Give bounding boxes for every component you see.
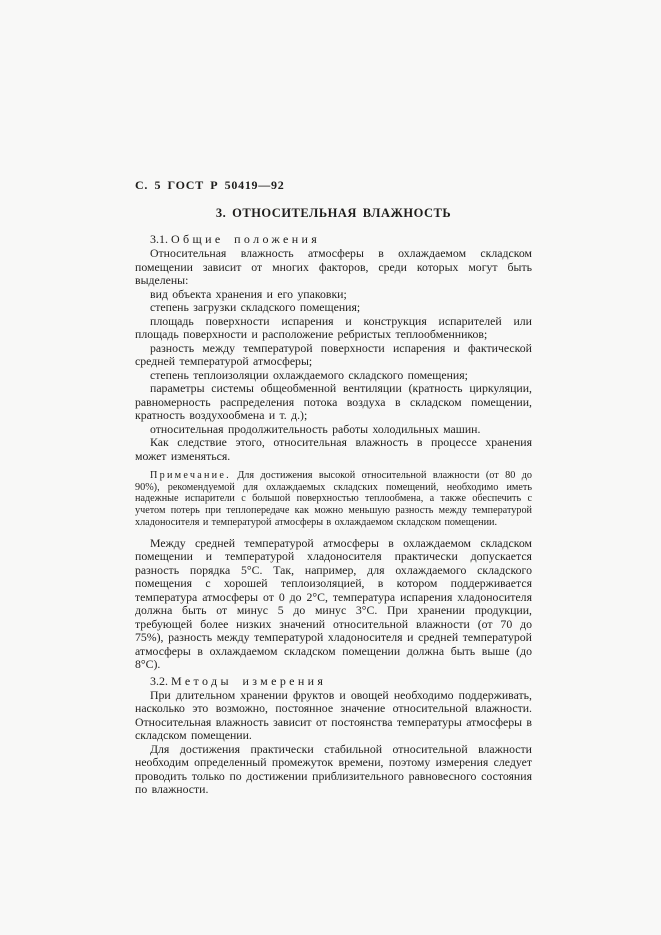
list-item: площадь поверхности испарения и конструк… [135, 315, 532, 342]
subsection-title: Общие положения [171, 232, 320, 246]
list-item: степень теплоизоляции охлаждаемого склад… [135, 369, 532, 383]
paragraph-intro: Относительная влажность атмосферы в охла… [135, 247, 532, 288]
note-block: Примечание. Для достижения высокой относ… [135, 470, 532, 529]
paragraph-storage: При длительном хранении фруктов и овощей… [135, 689, 532, 743]
section-title: 3. ОТНОСИТЕЛЬНАЯ ВЛАЖНОСТЬ [135, 206, 532, 221]
text-block: С. 5 ГОСТ Р 50419—92 3. ОТНОСИТЕЛЬНАЯ ВЛ… [135, 178, 532, 797]
paragraph-consequence: Как следствие этого, относительная влажн… [135, 436, 532, 463]
list-item: параметры системы общеобменной вентиляци… [135, 382, 532, 423]
list-item: относительная продолжительность работы х… [135, 423, 532, 437]
note-label: Примечание. [150, 470, 231, 481]
page-header: С. 5 ГОСТ Р 50419—92 [135, 178, 532, 193]
subsection-title: Методы измерения [171, 674, 326, 688]
list-item: разность между температурой поверхности … [135, 342, 532, 369]
subsection-heading-3-1: 3.1. Общие положения [135, 232, 532, 246]
list-item: степень загрузки складского помещения; [135, 301, 532, 315]
subsection-number: 3.1. [150, 232, 168, 246]
paragraph-temperature-difference: Между средней температурой атмосферы в о… [135, 537, 532, 672]
subsection-heading-3-2: 3.2. Методы измерения [135, 674, 532, 688]
subsection-number: 3.2. [150, 674, 168, 688]
paragraph-measurement: Для достижения практически стабильной от… [135, 743, 532, 797]
scanned-document-page: С. 5 ГОСТ Р 50419—92 3. ОТНОСИТЕЛЬНАЯ ВЛ… [0, 0, 661, 935]
list-item: вид объекта хранения и его упаковки; [135, 288, 532, 302]
